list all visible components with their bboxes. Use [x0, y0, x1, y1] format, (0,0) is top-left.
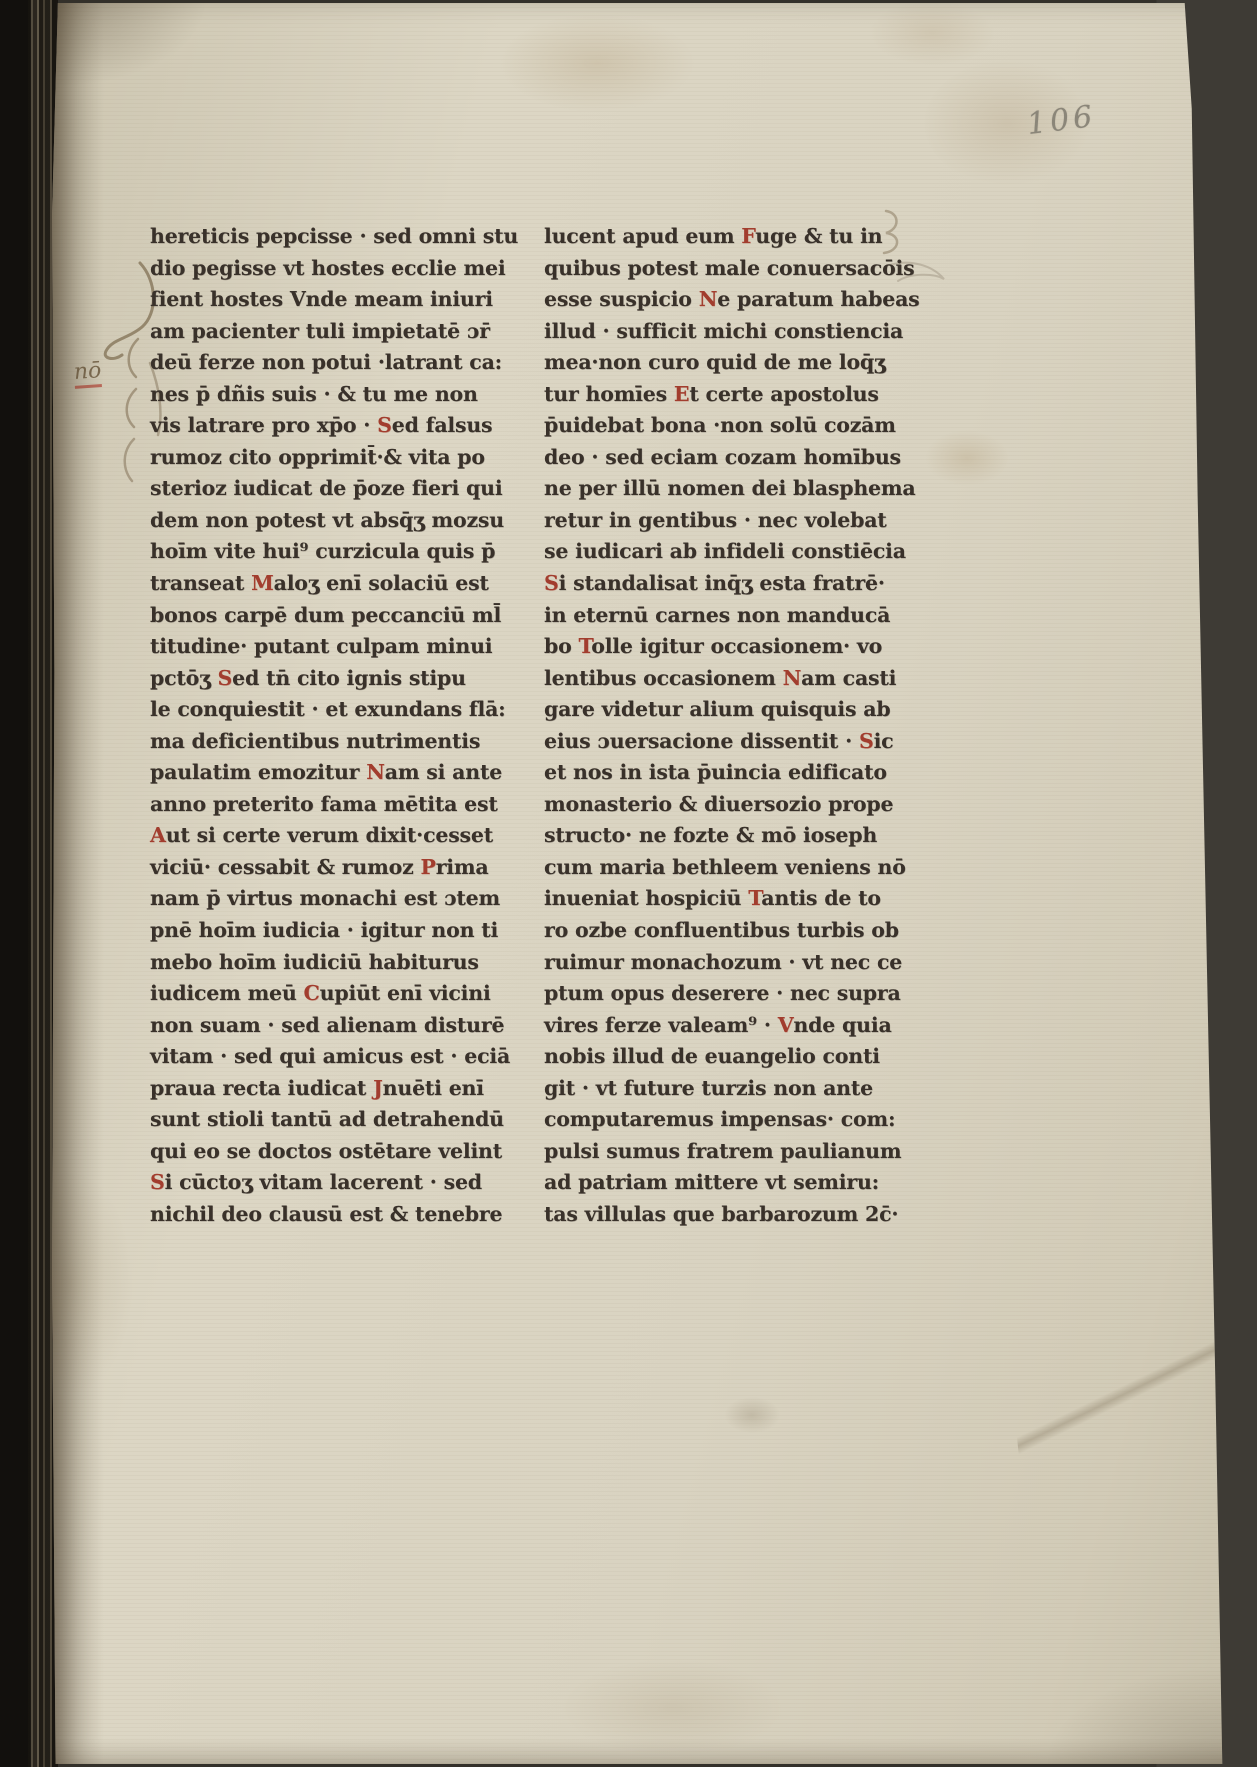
- text-line: pctōʒ Sed tn̄ cito ignis stipu: [150, 663, 500, 695]
- text-line: lentibus occasionem Nam casti: [544, 663, 894, 695]
- rubric-initial: J: [373, 1076, 383, 1100]
- text-line: vis latrare pro xp̄o · Sed falsus: [150, 410, 500, 442]
- rubric-initial: N: [699, 287, 718, 311]
- text-line: lucent apud eum Fuge & tu in: [544, 221, 894, 253]
- text-line: gare videtur alium quisquis ab: [544, 694, 894, 726]
- rubric-initial: C: [304, 981, 320, 1005]
- text-line: Si cūctoʒ vitam lacerent · sed: [150, 1167, 500, 1199]
- text-line: rumoz cito opprimit̄·& vita po: [150, 442, 500, 474]
- text-line: ptum opus deserere · nec supra: [544, 978, 894, 1010]
- text-line: pnē hoīm iudicia · igitur non ti: [150, 915, 500, 947]
- text-column-left: hereticis pepcisse · sed omni studio peg…: [150, 221, 500, 1231]
- text-column-right: lucent apud eum Fuge & tu inquibus potes…: [544, 221, 894, 1231]
- rubric-initial: S: [218, 666, 233, 690]
- rubric-initial: E: [674, 382, 689, 406]
- text-line: fient hostes Vnde meam iniuri: [150, 284, 500, 316]
- text-line: le conquiestit · et exundans flā:: [150, 694, 500, 726]
- text-line: ma deficientibus nutrimentis: [150, 726, 500, 758]
- text-line: computaremus impensas· com:: [544, 1104, 894, 1136]
- text-line: eius ɔuersacione dissentit · Sic: [544, 726, 894, 758]
- text-line: non suam · sed alienam disturē: [150, 1010, 500, 1042]
- text-line: mea·non curo quid de me loq̄ʒ: [544, 347, 894, 379]
- rubric-initial: S: [544, 571, 559, 595]
- text-line: esse suspicio Ne paratum habeas: [544, 284, 894, 316]
- margin-brace-marks: [112, 333, 152, 493]
- text-line: structo· ne fozte & mō ioseph: [544, 820, 894, 852]
- text-line: bo Tolle igitur occasionem· vo: [544, 631, 894, 663]
- rubric-initial: V: [778, 1013, 794, 1037]
- text-line: vitam · sed qui amicus est · eciā: [150, 1041, 500, 1073]
- text-line: nobis illud de euangelio conti: [544, 1041, 894, 1073]
- manuscript-page: 106 nō hereticis pepcisse · sed omni stu…: [52, 3, 1227, 1764]
- text-line: viciū· cessabit & rumoz Prima: [150, 852, 500, 884]
- rubric-initial: F: [741, 224, 755, 248]
- text-line: iudicem meū Cupiūt enī vicini: [150, 978, 500, 1010]
- text-line: Aut si certe verum dixit·cesset: [150, 820, 500, 852]
- text-line: et nos in ista p̄uincia edificato: [544, 757, 894, 789]
- text-line: titudine· putant culpam minui: [150, 631, 500, 663]
- text-line: anno preterito fama mētita est: [150, 789, 500, 821]
- text-line: sunt stioli tantū ad detrahendū: [150, 1104, 500, 1136]
- text-line: in eternū carnes non manducā: [544, 600, 894, 632]
- rubric-initial: A: [150, 823, 166, 847]
- text-line: tas villulas que barbarozum 2c̄·: [544, 1199, 894, 1231]
- text-line: bonos carpē dum peccanciū ml̄: [150, 600, 500, 632]
- rubric-initial: N: [783, 666, 802, 690]
- text-line: qui eo se doctos ostētare velint: [150, 1136, 500, 1168]
- text-line: vires ferze valeam⁹ · Vnde quia: [544, 1010, 894, 1042]
- text-line: am pacienter tuli impietatē ɔr̄: [150, 316, 500, 348]
- rubric-initial: S: [150, 1170, 165, 1194]
- text-line: Si standalisat inq̄ʒ esta fratrē·: [544, 568, 894, 600]
- rubric-initial: S: [859, 729, 874, 753]
- text-line: transeat Maloʒ enī solaciū est: [150, 568, 500, 600]
- rubric-initial: N: [366, 760, 385, 784]
- rubric-initial: T: [748, 886, 761, 910]
- paper-crease: [1006, 1309, 1257, 1457]
- text-line: illud · sufficit michi constiencia: [544, 316, 894, 348]
- text-line: hereticis pepcisse · sed omni stu: [150, 221, 500, 253]
- rubric-initial: M: [251, 571, 274, 595]
- rubric-initial: S: [377, 413, 392, 437]
- text-line: ro ozbe confluentibus turbis ob: [544, 915, 894, 947]
- text-line: mebo hoīm iudiciū habiturus: [150, 947, 500, 979]
- text-line: ad patriam mittere vt semiru:: [544, 1167, 894, 1199]
- text-line: dio pegisse vt hostes ecclie mei: [150, 253, 500, 285]
- text-line: nichil deo clausū est & tenebre: [150, 1199, 500, 1231]
- text-line: ne per illū nomen dei blasphema: [544, 473, 894, 505]
- folio-number: 106: [1025, 99, 1098, 142]
- text-line: praua recta iudicat Jnuēti enī: [150, 1073, 500, 1105]
- text-line: cum maria bethleem veniens nō: [544, 852, 894, 884]
- text-line: p̄uidebat bona ·non solū cozām: [544, 410, 894, 442]
- text-line: nam p̄ virtus monachi est ɔtem: [150, 883, 500, 915]
- text-line: deo · sed eciam cozam homībus: [544, 442, 894, 474]
- text-line: dem non potest vt absq̄ʒ mozsu: [150, 505, 500, 537]
- text-line: pulsi sumus fratrem paulianum: [544, 1136, 894, 1168]
- text-line: sterioz iudicat de p̄oze fieri qui: [150, 473, 500, 505]
- rubric-initial: P: [420, 855, 435, 879]
- text-line: se iudicari ab infideli constiēcia: [544, 536, 894, 568]
- text-line: ruimur monachozum · vt nec ce: [544, 947, 894, 979]
- text-line: deū ferze non potui ·latrant ca:: [150, 347, 500, 379]
- text-line: hoīm vite hui⁹ curzicula quis p̄: [150, 536, 500, 568]
- text-line: nes p̄ dñis suis · & tu me non: [150, 379, 500, 411]
- text-line: monasterio & diuersozio prope: [544, 789, 894, 821]
- text-line: retur in gentibus · nec volebat: [544, 505, 894, 537]
- text-line: tur homīes Et certe apostolus: [544, 379, 894, 411]
- margin-note: nō: [73, 358, 102, 389]
- text-line: inueniat hospiciū Tantis de to: [544, 883, 894, 915]
- scan-background: { "manuscript": { "folio_number": "106",…: [0, 0, 1257, 1767]
- text-line: quibus potest male conuersacōis: [544, 253, 894, 285]
- rubric-initial: T: [579, 634, 592, 658]
- text-line: git · vt future turzis non ante: [544, 1073, 894, 1105]
- text-line: paulatim emozitur Nam si ante: [150, 757, 500, 789]
